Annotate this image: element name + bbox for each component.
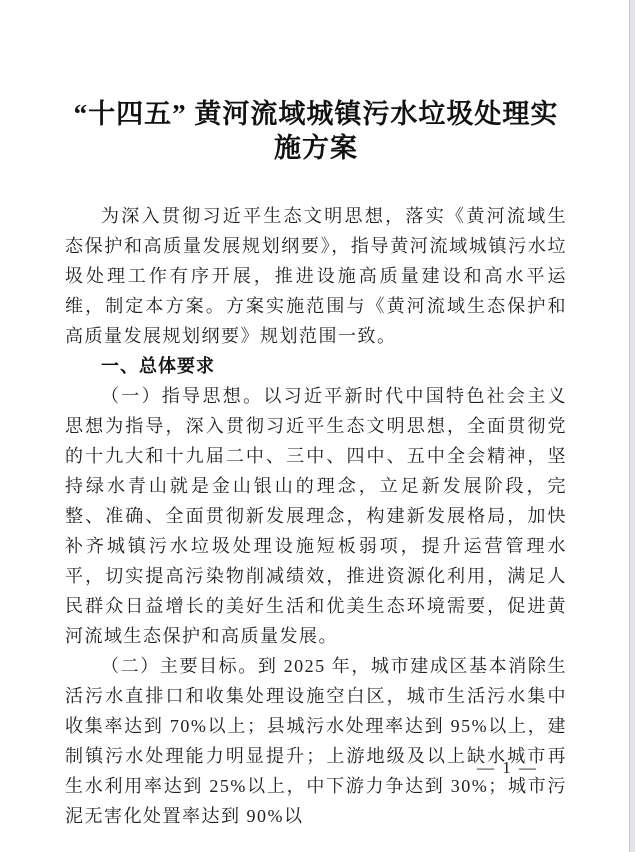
document-page: “十四五” 黄河流域城镇污水垃圾处理实施方案 为深入贯彻习近平生态文明思想，落实… — [0, 0, 635, 852]
document-content: “十四五” 黄河流域城镇污水垃圾处理实施方案 为深入贯彻习近平生态文明思想，落实… — [65, 97, 567, 831]
intro-paragraph: 为深入贯彻习近平生态文明思想，落实《黄河流域生态保护和高质量发展规划纲要》，指导… — [65, 201, 567, 351]
main-goals-paragraph: （二）主要目标。到 2025 年，城市建成区基本消除生活污水直排口和收集处理设施… — [65, 651, 567, 831]
section-heading-overall-requirements: 一、总体要求 — [65, 351, 567, 381]
page-number: — 1 — — [477, 757, 538, 779]
page-title: “十四五” 黄河流域城镇污水垃圾处理实施方案 — [65, 97, 567, 165]
guiding-thought-paragraph: （一）指导思想。以习近平新时代中国特色社会主义思想为指导，深入贯彻习近平生态文明… — [65, 381, 567, 651]
page-edge-band — [629, 0, 635, 852]
